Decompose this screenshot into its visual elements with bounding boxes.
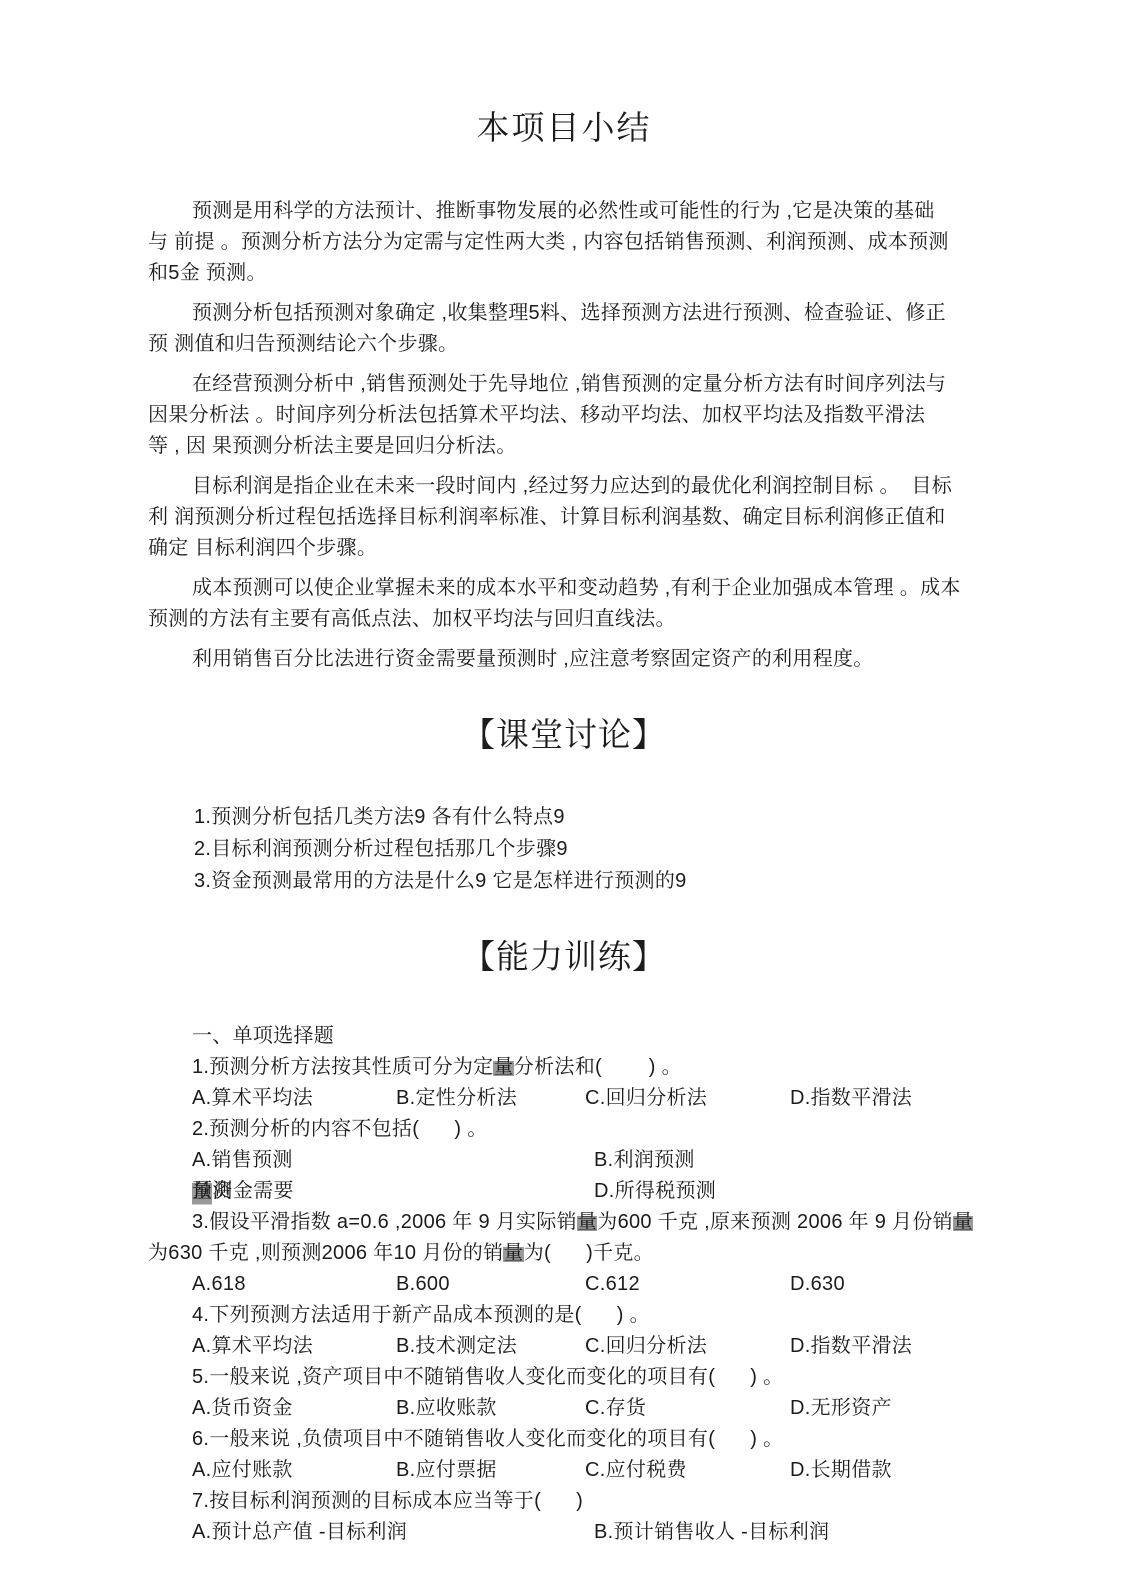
summary-paragraph: 预测分析包括预测对象确定 ,收集整理5料、选择预测方法进行预测、检查验证、修正 …	[148, 298, 980, 360]
discussion-item: 3.资金预测最常用的方法是什么9 它是怎样进行预测的9	[194, 865, 980, 897]
summary-paragraph: 利用销售百分比法进行资金需要量预测时 ,应注意考察固定资产的利用程度。	[148, 644, 980, 675]
option-item: D.所得税预测	[594, 1176, 716, 1207]
paragraph-line: 预测的方法有主要有高低点法、加权平均法与回归直线法。	[148, 604, 980, 635]
paragraph-line: 目标利润是指企业在未来一段时间内 ,经过努力应达到的最优化利润控制目标 。 目标	[148, 471, 980, 502]
question-6-options: A.应付账款 B.应付票据 C.应付税费 D.长期借款	[148, 1455, 980, 1486]
question-3-options: A.618 B.600 C.612 D.630	[148, 1269, 980, 1300]
document-page: 本项目小结 预测是用科学的方法预计、推断事物发展的必然性或可能性的行为 ,它是决…	[0, 0, 1128, 1570]
question-4-text: 4.下列预测方法适用于新产品成本预测的是( ) 。	[148, 1300, 980, 1331]
paragraph-line: 与 前提 。预测分析方法分为定需与定性两大类 , 内容包括销售预测、利润预测、成…	[148, 227, 980, 258]
option-item: A.货币资金	[192, 1393, 293, 1424]
option-item: C.612	[585, 1269, 640, 1300]
discussion-list: 1.预测分析包括几类方法9 各有什么特点9 2.目标利润预测分析过程包括那几个步…	[148, 801, 980, 897]
paragraph-line: 利用销售百分比法进行资金需要量预测时 ,应注意考察固定资产的利用程度。	[148, 644, 980, 675]
option-item: B.定性分析法	[396, 1083, 517, 1114]
question-2-options-row-1: A.销售预测 B.利润预测	[148, 1145, 980, 1176]
question-text-segment: 为630 千克 ,则预测2006 年10 月份的销	[148, 1242, 503, 1264]
option-item: A.618	[192, 1269, 246, 1300]
question-2-options-row-2: C.资金需要量预测 D.所得税预测	[148, 1176, 980, 1207]
question-2-text: 2.预测分析的内容不包括( ) 。	[148, 1114, 980, 1145]
question-text-segment: 分析法和( ) 。	[514, 1056, 682, 1078]
question-6-text: 6.一般来说 ,负债项目中不随销售收人变化而变化的项目有( ) 。	[148, 1424, 980, 1455]
summary-paragraph: 预测是用科学的方法预计、推断事物发展的必然性或可能性的行为 ,它是决策的基础 与…	[148, 196, 980, 289]
question-text-segment: 3.假设平滑指数 a=0.6 ,2006 年 9 月实际销	[192, 1211, 577, 1233]
option-item: B.600	[396, 1269, 450, 1300]
option-item: B.预计销售收人 -目标利润	[594, 1517, 829, 1548]
option-item: D.无形资产	[790, 1393, 892, 1424]
option-item: D.长期借款	[790, 1455, 892, 1486]
paragraph-line: 因果分析法 。时间序列分析法包括算术平均法、移动平均法、加权平均法及指数平滑法	[148, 400, 980, 431]
paragraph-line: 预 测值和归告预测结论六个步骤。	[148, 329, 980, 360]
option-item: C.回归分析法	[585, 1083, 707, 1114]
option-item: B.应收账款	[396, 1393, 497, 1424]
page-content: 本项目小结 预测是用科学的方法预计、推断事物发展的必然性或可能性的行为 ,它是决…	[0, 0, 1128, 1548]
discussion-heading: 【课堂讨论】	[148, 713, 980, 757]
section-label: 一、单项选择题	[148, 1021, 980, 1052]
highlighted-char: 量	[493, 1056, 513, 1078]
paragraph-line: 利 润预测分析过程包括选择目标利润率标准、计算目标利润基数、确定目标利润修正值和	[148, 502, 980, 533]
highlighted-char: 量	[953, 1211, 973, 1233]
paragraph-line: 预测分析包括预测对象确定 ,收集整理5料、选择预测方法进行预测、检查验证、修正	[148, 298, 980, 329]
option-item: D.指数平滑法	[790, 1331, 912, 1362]
question-3-text-line-1: 3.假设平滑指数 a=0.6 ,2006 年 9 月实际销量为600 千克 ,原…	[148, 1207, 980, 1238]
option-item: D.指数平滑法	[790, 1083, 912, 1114]
option-item: B.利润预测	[594, 1145, 695, 1176]
question-5-text: 5.一般来说 ,资产项目中不随销售收人变化而变化的项目有( ) 。	[148, 1362, 980, 1393]
paragraph-line: 等 , 因 果预测分析法主要是回归分析法。	[148, 431, 980, 462]
question-1-options: A.算术平均法 B.定性分析法 C.回归分析法 D.指数平滑法	[148, 1083, 980, 1114]
summary-section: 预测是用科学的方法预计、推断事物发展的必然性或可能性的行为 ,它是决策的基础 与…	[148, 196, 980, 675]
option-item: B.技术测定法	[396, 1331, 517, 1362]
option-item: A.销售预测	[192, 1145, 293, 1176]
option-item: C.应付税费	[585, 1455, 687, 1486]
option-item: B.应付票据	[396, 1455, 497, 1486]
option-item: A.算术平均法	[192, 1083, 313, 1114]
question-1-text: 1.预测分析方法按其性质可分为定量分析法和( ) 。	[148, 1052, 980, 1083]
question-3-text-line-2: 为630 千克 ,则预测2006 年10 月份的销量为( )千克。	[148, 1238, 980, 1269]
discussion-item: 1.预测分析包括几类方法9 各有什么特点9	[194, 801, 980, 833]
summary-paragraph: 成本预测可以使企业掌握未来的成本水平和变动趋势 ,有利于企业加强成本管理 。成本…	[148, 573, 980, 635]
training-section: 一、单项选择题 1.预测分析方法按其性质可分为定量分析法和( ) 。 A.算术平…	[148, 1021, 980, 1548]
paragraph-line: 在经营预测分析中 ,销售预测处于先导地位 ,销售预测的定量分析方法有时间序列法与	[148, 369, 980, 400]
question-4-options: A.算术平均法 B.技术测定法 C.回归分析法 D.指数平滑法	[148, 1331, 980, 1362]
training-heading: 【能力训练】	[148, 935, 980, 979]
highlighted-char: 量	[503, 1242, 523, 1264]
paragraph-line: 和5金 预测。	[148, 258, 980, 289]
option-item: C.存货	[585, 1393, 646, 1424]
option-item: A.应付账款	[192, 1455, 293, 1486]
option-item: D.630	[790, 1269, 845, 1300]
option-text-segment: 预测	[192, 1176, 233, 1207]
question-text-segment: 为( )千克。	[524, 1242, 654, 1264]
option-item: A.预计总产值 -目标利润	[192, 1517, 407, 1548]
question-7-text: 7.按目标利润预测的目标成本应当等于( )	[148, 1486, 980, 1517]
page-title: 本项目小结	[148, 0, 980, 150]
paragraph-line: 确定 目标利润四个步骤。	[148, 533, 980, 564]
question-5-options: A.货币资金 B.应收账款 C.存货 D.无形资产	[148, 1393, 980, 1424]
summary-paragraph: 目标利润是指企业在未来一段时间内 ,经过努力应达到的最优化利润控制目标 。 目标…	[148, 471, 980, 564]
paragraph-line: 预测是用科学的方法预计、推断事物发展的必然性或可能性的行为 ,它是决策的基础	[148, 196, 980, 227]
discussion-item: 2.目标利润预测分析过程包括那几个步骤9	[194, 833, 980, 865]
question-7-options: A.预计总产值 -目标利润 B.预计销售收人 -目标利润	[148, 1517, 980, 1548]
option-item: A.算术平均法	[192, 1331, 313, 1362]
paragraph-line: 成本预测可以使企业掌握未来的成本水平和变动趋势 ,有利于企业加强成本管理 。成本	[148, 573, 980, 604]
question-text-segment: 为600 千克 ,原来预测 2006 年 9 月份销	[597, 1211, 953, 1233]
highlighted-char: 量	[577, 1211, 597, 1233]
question-text-segment: 1.预测分析方法按其性质可分为定	[192, 1056, 493, 1078]
summary-paragraph: 在经营预测分析中 ,销售预测处于先导地位 ,销售预测的定量分析方法有时间序列法与…	[148, 369, 980, 462]
option-item: C.回归分析法	[585, 1331, 707, 1362]
